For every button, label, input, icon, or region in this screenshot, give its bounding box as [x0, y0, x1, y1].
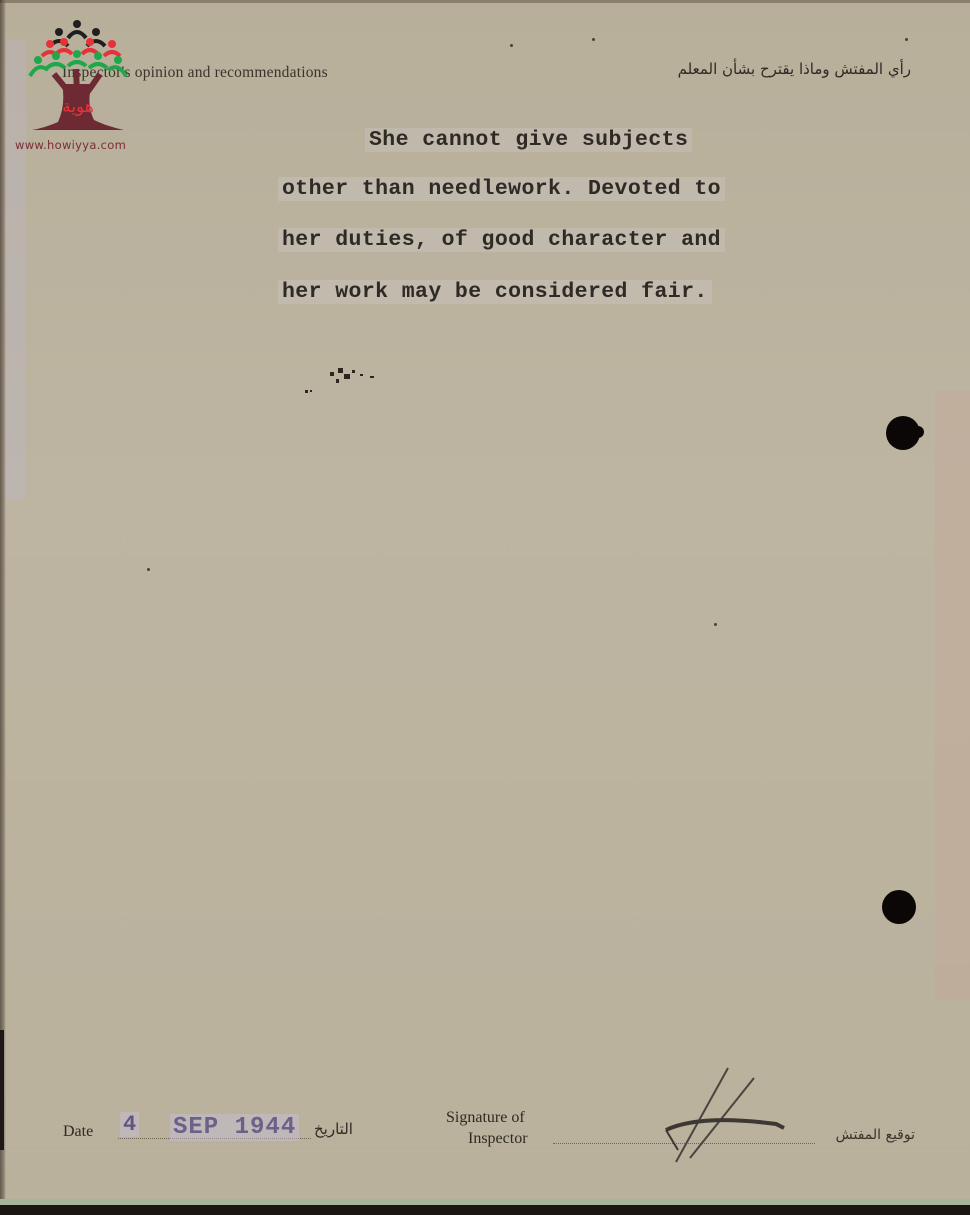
scan-tint	[935, 390, 970, 1000]
heading-arabic: رأي المفتش وماذا يقترح بشأن المعلم	[656, 60, 911, 78]
page-bottom-edge	[0, 1205, 970, 1215]
ink-smudge-icon	[300, 352, 400, 402]
date-label: Date	[63, 1123, 93, 1141]
date-stamp-month-year: SEP 1944	[170, 1114, 299, 1141]
paper-speck	[714, 623, 717, 626]
howiyya-logo: هوية	[14, 14, 144, 154]
binding-mark	[0, 1030, 4, 1150]
paper-speck	[592, 38, 595, 41]
signature-label: Signature of Inspector	[446, 1107, 528, 1149]
typed-line-3: her duties, of good character and	[278, 228, 725, 252]
date-stamp-day: 4	[120, 1112, 139, 1137]
watermark-url: www.howiyya.com	[15, 138, 126, 152]
handwritten-signature-icon	[660, 1062, 800, 1172]
punch-hole	[886, 416, 920, 450]
signature-label-arabic: توقيع المفتش	[815, 1127, 915, 1143]
typed-line-4: her work may be considered fair.	[278, 280, 712, 304]
paper-speck	[147, 568, 150, 571]
signature-label-line1: Signature of	[446, 1109, 525, 1126]
paper-speck	[510, 44, 513, 47]
date-label-arabic: التاريخ	[314, 1120, 353, 1138]
punch-hole	[882, 890, 916, 924]
signature-label-line2: Inspector	[446, 1128, 528, 1149]
paper-speck	[905, 38, 908, 41]
document-page: Inspector's opinion and recommendations …	[0, 0, 970, 1215]
page-top-edge	[0, 0, 970, 3]
svg-text:هوية: هوية	[62, 97, 94, 117]
typed-line-1: She cannot give subjects	[365, 128, 692, 152]
typed-line-2: other than needlework. Devoted to	[278, 177, 725, 201]
tree-people-icon: هوية	[14, 14, 144, 139]
